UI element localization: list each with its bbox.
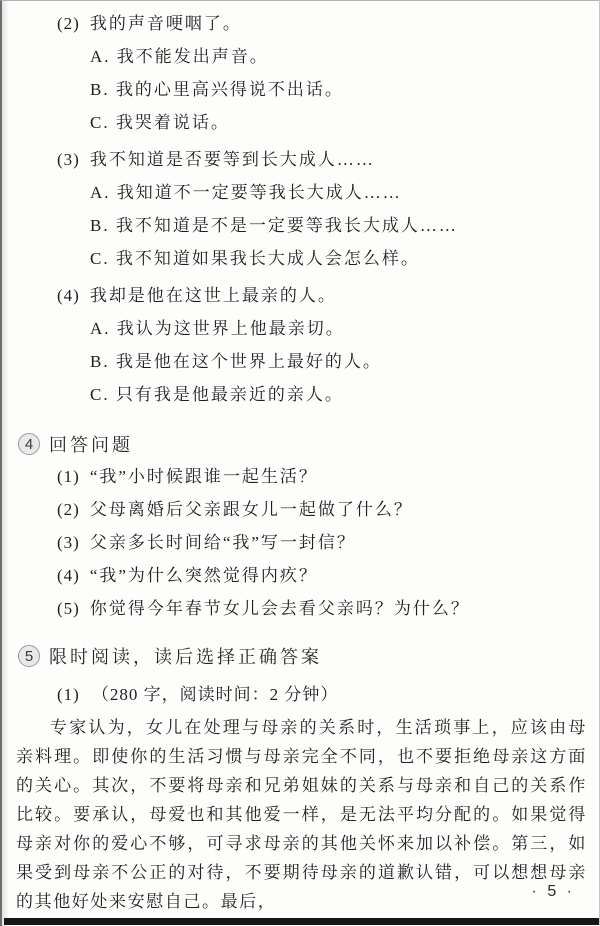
section-number-badge: 5 bbox=[18, 645, 40, 667]
question-text: “我”为什么突然觉得内疚？ bbox=[90, 566, 318, 585]
short-answer-question: (2)父母离婚后父亲跟女儿一起做了什么？ bbox=[57, 493, 587, 526]
reading-item-heading: (1)（280 字，阅读时间：2 分钟） bbox=[57, 680, 587, 710]
section-title: 回答问题 bbox=[49, 431, 133, 457]
question-number: (4) bbox=[57, 566, 80, 585]
question-stem-text: 我却是他在这世上最亲的人。 bbox=[90, 286, 337, 305]
question-text: “我”小时候跟谁一起生活？ bbox=[90, 467, 318, 486]
question-text: 父母离婚后父亲跟女儿一起做了什么？ bbox=[90, 500, 413, 519]
question-number: (5) bbox=[57, 599, 80, 618]
choice-option: C. 我哭着说话。 bbox=[90, 106, 587, 139]
choice-question-block: (2)我的声音哽咽了。 A. 我不能发出声音。 B. 我的心里高兴得说不出话。 … bbox=[57, 7, 587, 139]
short-answer-question: (4)“我”为什么突然觉得内疚？ bbox=[57, 559, 587, 592]
short-answer-question: (5)你觉得今年春节女儿会去看父亲吗？为什么？ bbox=[57, 592, 587, 625]
section-4-header: 4 回答问题 bbox=[18, 427, 587, 460]
page-number: · 5 · bbox=[532, 883, 575, 901]
question-text: 父亲多长时间给“我”写一封信？ bbox=[90, 533, 356, 552]
question-stem-text: 我不知道是否要等到长大成人…… bbox=[90, 150, 375, 169]
reading-item-meta: （280 字，阅读时间：2 分钟） bbox=[92, 685, 339, 704]
reading-passage: 专家认为，女儿在处理与母亲的关系时，生活琐事上，应该由母亲料理。即使你的生活习惯… bbox=[16, 710, 587, 916]
choice-option: B. 我不知道是不是一定要等我长大成人…… bbox=[90, 209, 587, 242]
question-number: (1) bbox=[57, 685, 80, 704]
question-number: (1) bbox=[57, 467, 80, 486]
short-answer-question: (1)“我”小时候跟谁一起生活？ bbox=[57, 460, 587, 493]
choice-option: B. 我是他在这个世界上最好的人。 bbox=[90, 345, 587, 378]
choice-option: A. 我知道不一定要等我长大成人…… bbox=[90, 176, 587, 209]
section-number-badge: 4 bbox=[18, 433, 40, 455]
section-title: 限时阅读，读后选择正确答案 bbox=[49, 643, 322, 669]
question-stem-text: 我的声音哽咽了。 bbox=[90, 14, 242, 33]
choice-option: B. 我的心里高兴得说不出话。 bbox=[90, 73, 587, 106]
short-answer-question-list: (1)“我”小时候跟谁一起生活？ (2)父母离婚后父亲跟女儿一起做了什么？ (3… bbox=[16, 460, 587, 625]
textbook-page: (2)我的声音哽咽了。 A. 我不能发出声音。 B. 我的心里高兴得说不出话。 … bbox=[0, 0, 600, 926]
page-content: (2)我的声音哽咽了。 A. 我不能发出声音。 B. 我的心里高兴得说不出话。 … bbox=[2, 1, 599, 916]
choice-question-block: (4)我却是他在这世上最亲的人。 A. 我认为这世界上他最亲切。 B. 我是他在… bbox=[57, 279, 587, 411]
choice-option: A. 我认为这世界上他最亲切。 bbox=[90, 312, 587, 345]
question-text: 你觉得今年春节女儿会去看父亲吗？为什么？ bbox=[90, 599, 470, 618]
question-stem: (3)我不知道是否要等到长大成人…… bbox=[57, 143, 587, 176]
question-number: (3) bbox=[57, 150, 80, 169]
question-number: (4) bbox=[57, 286, 80, 305]
question-number: (2) bbox=[57, 14, 80, 33]
short-answer-question: (3)父亲多长时间给“我”写一封信？ bbox=[57, 526, 587, 559]
choice-option: A. 我不能发出声音。 bbox=[90, 40, 587, 73]
question-number: (2) bbox=[57, 500, 80, 519]
question-stem: (4)我却是他在这世上最亲的人。 bbox=[57, 279, 587, 312]
bottom-rule bbox=[4, 918, 599, 925]
section-5-header: 5 限时阅读，读后选择正确答案 bbox=[18, 639, 587, 672]
choice-question-block: (3)我不知道是否要等到长大成人…… A. 我知道不一定要等我长大成人…… B.… bbox=[57, 143, 587, 275]
choice-option: C. 只有我是他最亲近的亲人。 bbox=[90, 378, 587, 411]
question-number: (3) bbox=[57, 533, 80, 552]
question-stem: (2)我的声音哽咽了。 bbox=[57, 7, 587, 40]
choice-option: C. 我不知道如果我长大成人会怎么样。 bbox=[90, 242, 587, 275]
